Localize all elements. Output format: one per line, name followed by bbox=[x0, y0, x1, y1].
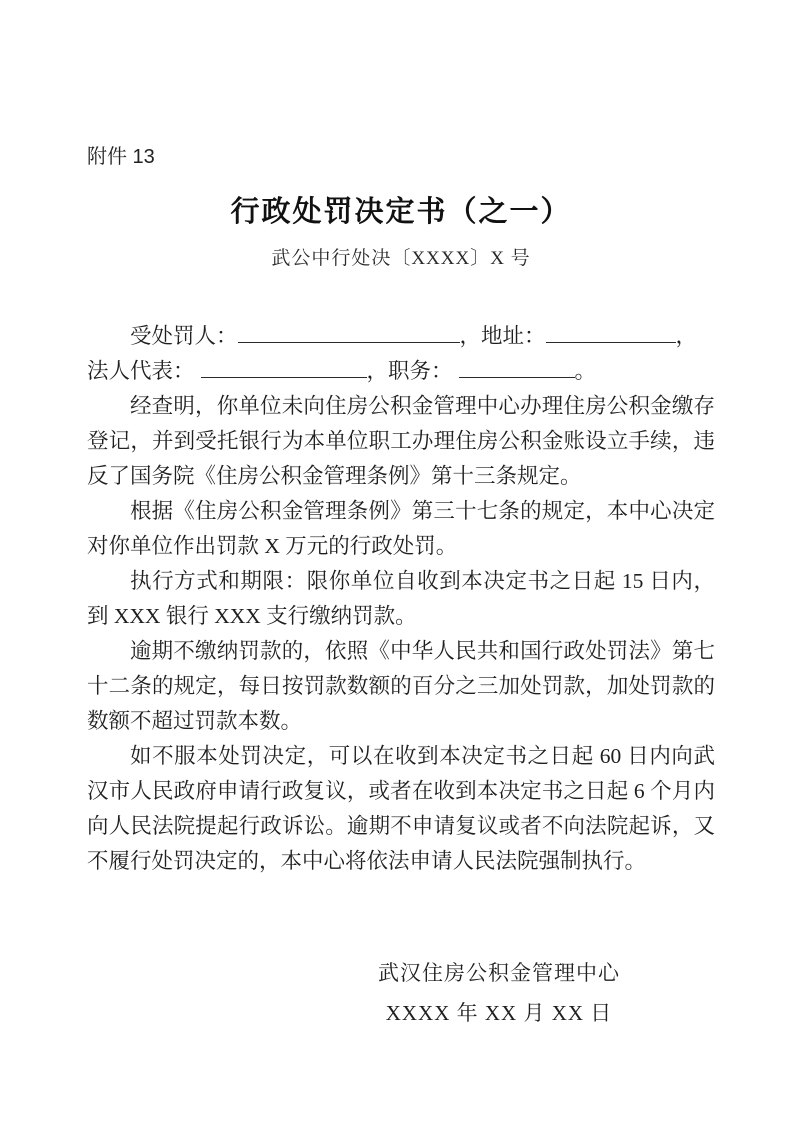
paragraph-appeal-rights: 如不服本处罚决定，可以在收到本决定书之日起 60 日内向武汉市人民政府申请行政复… bbox=[87, 739, 715, 879]
signature-block: 武汉住房公积金管理中心 XXXX 年 XX 月 XX 日 bbox=[378, 953, 620, 1033]
recipient-blank bbox=[238, 319, 460, 343]
document-title: 行政处罚决定书（之一） bbox=[87, 189, 715, 230]
recipient-label: 受处罚人： bbox=[130, 324, 238, 348]
line2-trailing-period: 。 bbox=[575, 359, 597, 383]
issuing-org: 武汉住房公积金管理中心 bbox=[378, 953, 620, 993]
issue-date: XXXX 年 XX 月 XX 日 bbox=[378, 993, 620, 1033]
attachment-label: 附件 13 bbox=[87, 140, 715, 169]
address-label: ，地址： bbox=[460, 324, 546, 348]
legal-rep-line: 法人代表：，职务：。 bbox=[87, 354, 715, 389]
paragraph-findings: 经查明，你单位未向住房公积金管理中心办理住房公积金缴存登记，并到受托银行为本单位… bbox=[87, 389, 715, 494]
paragraph-penalty-decision: 根据《住房公积金管理条例》第三十七条的规定，本中心决定对你单位作出罚款 X 万元… bbox=[87, 494, 715, 564]
legal-rep-blank bbox=[201, 354, 367, 378]
legal-rep-label: 法人代表： bbox=[87, 359, 195, 383]
paragraph-execution-deadline: 执行方式和期限：限你单位自收到本决定书之日起 15 日内，到 XXX 银行 XX… bbox=[87, 564, 715, 634]
recipient-address-line: 受处罚人：，地址：， bbox=[87, 319, 715, 354]
document-number: 武公中行处决〔XXXX〕X 号 bbox=[87, 243, 715, 270]
document-body: 受处罚人：，地址：， 法人代表：，职务：。 经查明，你单位未向住房公积金管理中心… bbox=[87, 319, 715, 879]
job-title-blank bbox=[459, 354, 575, 378]
document-content: 附件 13 行政处罚决定书（之一） 武公中行处决〔XXXX〕X 号 受处罚人：，… bbox=[0, 0, 793, 1033]
line1-trailing-comma: ， bbox=[676, 324, 698, 348]
document-page: 附件 13 行政处罚决定书（之一） 武公中行处决〔XXXX〕X 号 受处罚人：，… bbox=[0, 0, 793, 1122]
address-blank bbox=[546, 319, 676, 343]
job-title-label: ，职务： bbox=[367, 359, 453, 383]
paragraph-late-payment: 逾期不缴纳罚款的，依照《中华人民共和国行政处罚法》第七十二条的规定，每日按罚款数… bbox=[87, 634, 715, 739]
